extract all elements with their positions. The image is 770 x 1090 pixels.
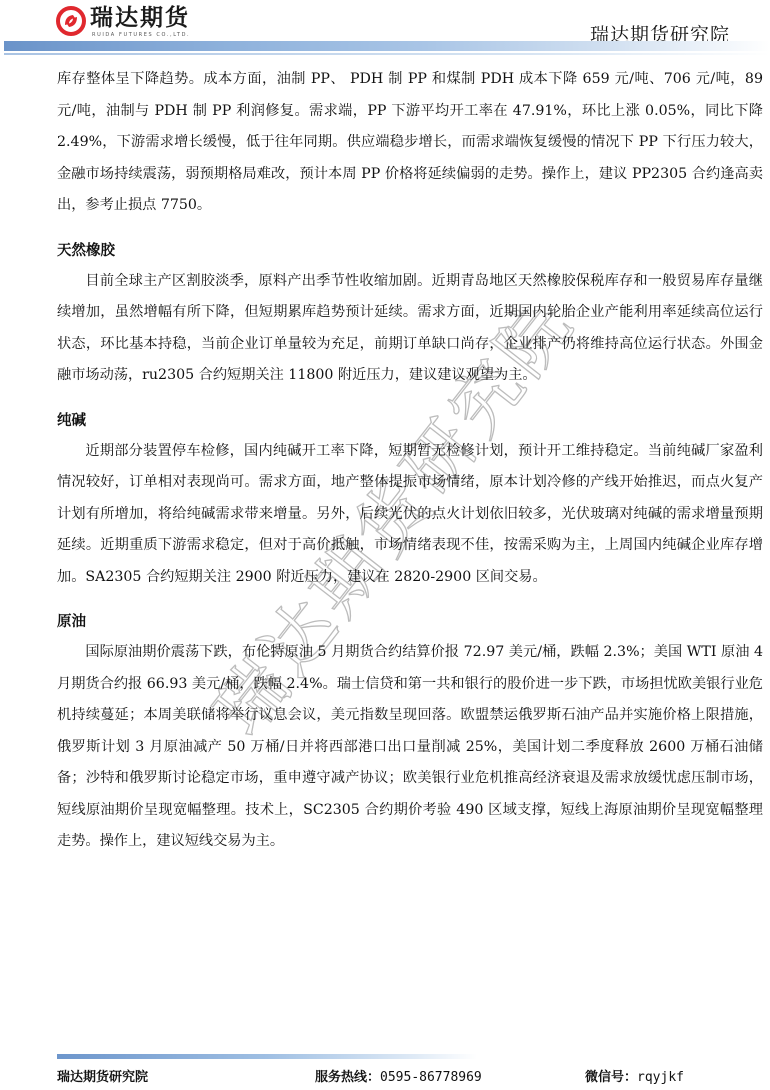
hotline-label: 服务热线： — [315, 1070, 380, 1085]
footer-hotline: 服务热线：0595-86778969 — [315, 1066, 482, 1085]
wechat-label: 微信号： — [585, 1070, 637, 1085]
hotline-number: 0595-86778969 — [380, 1070, 482, 1085]
paragraph: 目前全球主产区割胶淡季，原料产出季节性收缩加剧。近期青岛地区天然橡胶保税库存和一… — [57, 266, 763, 392]
header-gradient-bar — [4, 41, 770, 51]
paragraph: 国际原油期价震荡下跌，布伦特原油 5 月期货合约结算价报 72.97 美元/桶，… — [57, 637, 763, 858]
report-body: 库存整体呈下降趋势。成本方面，油制 PP、 PDH 制 PP 和煤制 PDH 成… — [57, 64, 763, 858]
paragraph: 库存整体呈下降趋势。成本方面，油制 PP、 PDH 制 PP 和煤制 PDH 成… — [57, 64, 763, 222]
paragraph: 近期部分装置停车检修，国内纯碱开工率下降，短期暂无检修计划，预计开工维持稳定。当… — [57, 436, 763, 594]
section-soda-ash: 纯碱 近期部分装置停车检修，国内纯碱开工率下降，短期暂无检修计划，预计开工维持稳… — [57, 406, 763, 594]
header-divider — [4, 53, 770, 55]
logo-chinese-name: 瑞达期货 — [90, 4, 190, 32]
section-crude-oil: 原油 国际原油期价震荡下跌，布伦特原油 5 月期货合约结算价报 72.97 美元… — [57, 607, 763, 858]
ruida-logo-icon — [56, 6, 86, 36]
section-natural-rubber: 天然橡胶 目前全球主产区割胶淡季，原料产出季节性收缩加剧。近期青岛地区天然橡胶保… — [57, 236, 763, 392]
page-header: 瑞达期货 RUIDA FUTURES CO.,LTD. 瑞达期货研究院 — [0, 0, 770, 60]
section-title: 纯碱 — [57, 406, 763, 436]
footer-wechat: 微信号：rqyjkf — [585, 1066, 684, 1085]
footer-gradient-bar — [57, 1054, 477, 1059]
page-footer: 瑞达期货研究院 服务热线：0595-86778969 微信号：rqyjkf — [57, 1066, 717, 1086]
section-title: 原油 — [57, 607, 763, 637]
logo-english-name: RUIDA FUTURES CO.,LTD. — [92, 32, 190, 38]
footer-org-name: 瑞达期货研究院 — [57, 1066, 148, 1085]
wechat-id: rqyjkf — [637, 1070, 684, 1085]
section-pp: 库存整体呈下降趋势。成本方面，油制 PP、 PDH 制 PP 和煤制 PDH 成… — [57, 64, 763, 222]
company-logo: 瑞达期货 RUIDA FUTURES CO.,LTD. — [56, 4, 190, 44]
section-title: 天然橡胶 — [57, 236, 763, 266]
